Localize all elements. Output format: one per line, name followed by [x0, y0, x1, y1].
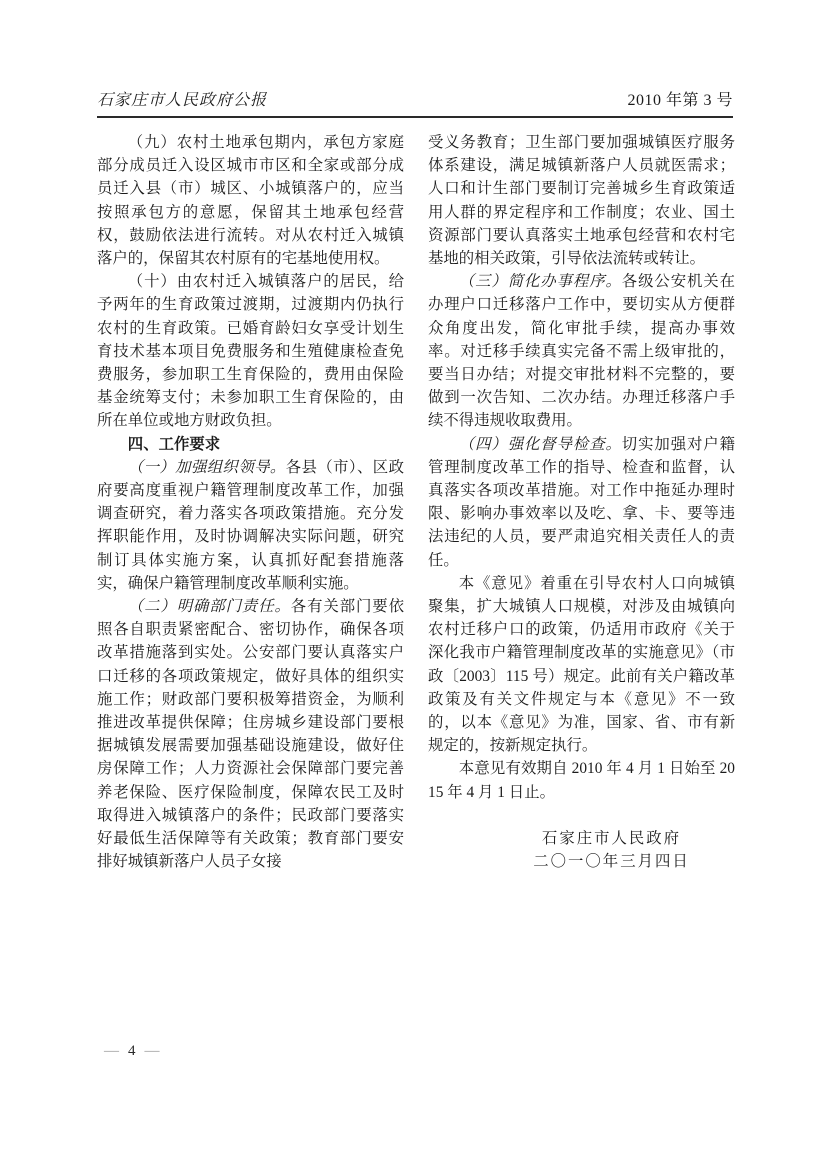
paragraph: （三）简化办事程序。各级公安机关在办理户口迁移落户工作中，要切实从方便群众角度出… [428, 270, 735, 432]
signature-date: 二〇一〇年三月四日 [458, 850, 765, 873]
paragraph-lead: （三）简化办事程序。 [459, 273, 622, 290]
right-column: 受义务教育；卫生部门要加强城镇医疗服务体系建设，满足城镇新落户人员就医需求；人口… [428, 131, 735, 874]
signature-block: 石家庄市人民政府二〇一〇年三月四日 [458, 827, 765, 873]
issue-number: 2010 年第 3 号 [627, 92, 733, 110]
page-header: 石家庄市人民政府公报 2010 年第 3 号 [97, 92, 733, 118]
paragraph: （四）强化督导检查。切实加强对户籍管理制度改革工作的指导、检查和监督，认真落实各… [428, 433, 735, 572]
paragraph: （九）农村土地承包期内，承包方家庭部分成员迁入设区城市市区和全家或部分成员迁入县… [97, 131, 404, 270]
page-footer: — 4 — [104, 1043, 160, 1060]
paragraph: 本《意见》着重在引导农村人口向城镇聚集，扩大城镇人口规模，对涉及由城镇向农村迁移… [428, 572, 735, 758]
paragraph-lead: （四）强化督导检查。 [459, 436, 622, 453]
publication-title: 石家庄市人民政府公报 [97, 92, 267, 110]
paragraph-lead: （一）加强组织领导。 [128, 459, 286, 476]
signature-author: 石家庄市人民政府 [458, 827, 765, 850]
paragraph-lead: （二）明确部门责任。 [128, 598, 291, 615]
document-page: 石家庄市人民政府公报 2010 年第 3 号 （九）农村土地承包期内，承包方家庭… [0, 0, 826, 1169]
section-heading: 四、工作要求 [97, 433, 404, 456]
page-number: 4 [128, 1043, 136, 1060]
footer-dash-right: — [145, 1043, 160, 1060]
paragraph: 受义务教育；卫生部门要加强城镇医疗服务体系建设，满足城镇新落户人员就医需求；人口… [428, 131, 735, 270]
footer-dash-left: — [104, 1043, 119, 1060]
document-body: （九）农村土地承包期内，承包方家庭部分成员迁入设区城市市区和全家或部分成员迁入县… [97, 131, 735, 874]
paragraph: （二）明确部门责任。各有关部门要依照各自职责紧密配合、密切协作，确保各项改革措施… [97, 595, 404, 873]
paragraph: （十）由农村迁入城镇落户的居民，给予两年的生育政策过渡期，过渡期内仍执行农村的生… [97, 270, 404, 432]
paragraph: 本意见有效期自 2010 年 4 月 1 日始至 2015 年 4 月 1 日止… [428, 757, 735, 803]
left-column: （九）农村土地承包期内，承包方家庭部分成员迁入设区城市市区和全家或部分成员迁入县… [97, 131, 404, 874]
paragraph: （一）加强组织领导。各县（市）、区政府要高度重视户籍管理制度改革工作，加强调查研… [97, 456, 404, 595]
